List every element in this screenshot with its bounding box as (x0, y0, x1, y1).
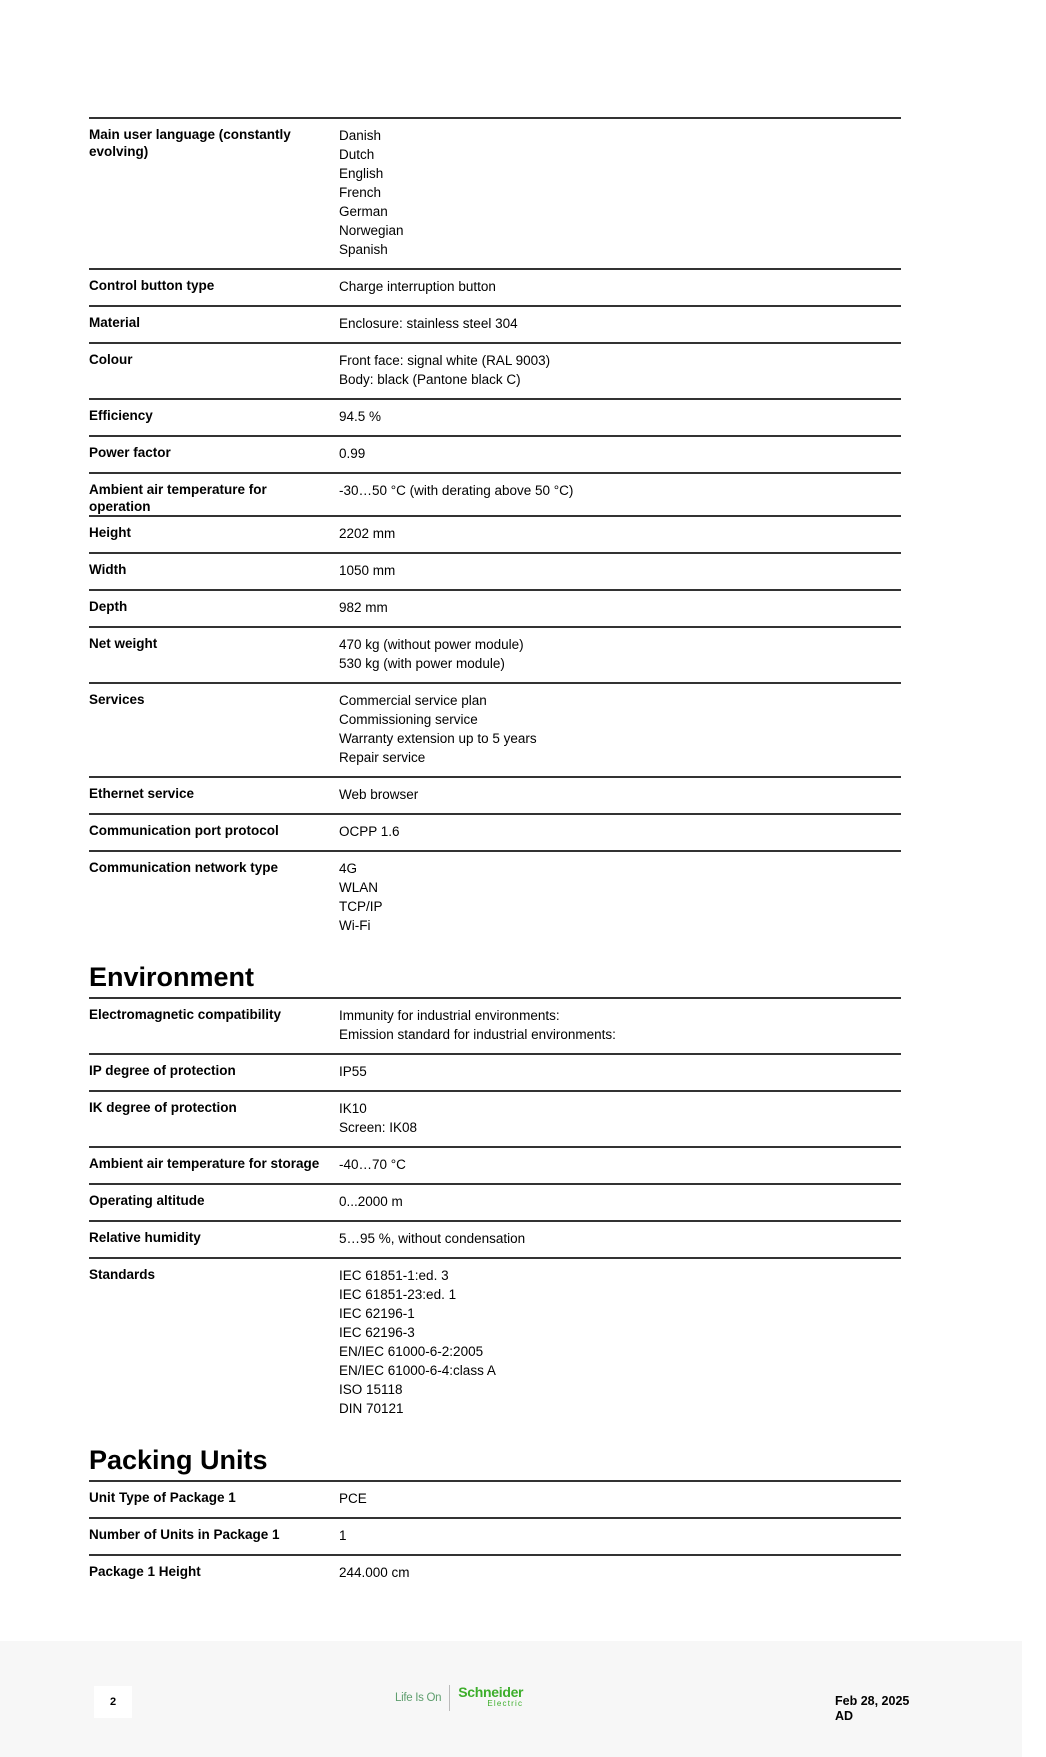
spec-value: 94.5 % (339, 407, 901, 426)
spec-value: IK10 (339, 1099, 901, 1118)
spec-value: 0.99 (339, 444, 901, 463)
spec-values: 244.000 cm (339, 1556, 901, 1591)
spec-value: -40…70 °C (339, 1155, 901, 1174)
spec-value: 1050 mm (339, 561, 901, 580)
spec-value: 982 mm (339, 598, 901, 617)
spec-value: Repair service (339, 748, 901, 767)
spec-value: IEC 62196-1 (339, 1304, 901, 1323)
spec-row: Communication port protocolOCPP 1.6 (89, 813, 901, 850)
logo-divider (449, 1685, 450, 1711)
spec-value: Emission standard for industrial environ… (339, 1025, 901, 1044)
spec-label: Package 1 Height (89, 1556, 339, 1591)
spec-value: 4G (339, 859, 901, 878)
spec-row: Package 1 Height244.000 cm (89, 1554, 901, 1591)
spec-row: Net weight470 kg (without power module)5… (89, 626, 901, 682)
brand-name: Schneider (458, 1686, 523, 1698)
spec-value: 1 (339, 1526, 901, 1545)
spec-values: -30…50 °C (with derating above 50 °C) (339, 474, 901, 515)
spec-values: Commercial service planCommissioning ser… (339, 684, 901, 776)
spec-values: Immunity for industrial environments:Emi… (339, 999, 901, 1053)
spec-label: Number of Units in Package 1 (89, 1519, 339, 1554)
spec-label: Communication network type (89, 852, 339, 944)
spec-value: ISO 15118 (339, 1380, 901, 1399)
spec-label: Power factor (89, 437, 339, 472)
spec-value: French (339, 183, 901, 202)
spec-values: -40…70 °C (339, 1148, 901, 1183)
brand-mark: Schneider Electric (458, 1686, 523, 1710)
spec-row: Height2202 mm (89, 515, 901, 552)
spec-values: Enclosure: stainless steel 304 (339, 307, 901, 342)
spec-label: Depth (89, 591, 339, 626)
spec-label: Standards (89, 1259, 339, 1427)
spec-label: IK degree of protection (89, 1092, 339, 1146)
spec-label: Ethernet service (89, 778, 339, 813)
spec-row: Power factor0.99 (89, 435, 901, 472)
spec-row: Relative humidity5…95 %, without condens… (89, 1220, 901, 1257)
spec-value: Screen: IK08 (339, 1118, 901, 1137)
date-text: Feb 28, 2025 (835, 1694, 909, 1709)
schneider-logo: Life Is On Schneider Electric (395, 1685, 523, 1711)
spec-label: Height (89, 517, 339, 552)
spec-value: 0...2000 m (339, 1192, 901, 1211)
spec-row: Electromagnetic compatibilityImmunity fo… (89, 997, 901, 1053)
spec-values: 4GWLANTCP/IPWi-Fi (339, 852, 901, 944)
spec-values: IEC 61851-1:ed. 3IEC 61851-23:ed. 1IEC 6… (339, 1259, 901, 1427)
spec-value: EN/IEC 61000-6-4:class A (339, 1361, 901, 1380)
spec-value: OCPP 1.6 (339, 822, 901, 841)
spec-value: 530 kg (with power module) (339, 654, 901, 673)
spec-label: Width (89, 554, 339, 589)
spec-row: IP degree of protectionIP55 (89, 1053, 901, 1090)
spec-value: WLAN (339, 878, 901, 897)
spec-label: Relative humidity (89, 1222, 339, 1257)
spec-row: IK degree of protectionIK10Screen: IK08 (89, 1090, 901, 1146)
spec-row: Operating altitude0...2000 m (89, 1183, 901, 1220)
spec-value: -30…50 °C (with derating above 50 °C) (339, 481, 901, 500)
spec-row: ServicesCommercial service planCommissio… (89, 682, 901, 776)
spec-value: TCP/IP (339, 897, 901, 916)
spec-row: Unit Type of Package 1PCE (89, 1480, 901, 1517)
spec-values: 2202 mm (339, 517, 901, 552)
page-footer: 2 Life Is On Schneider Electric Feb 28, … (0, 1641, 1022, 1757)
spec-values: Charge interruption button (339, 270, 901, 305)
spec-value: Web browser (339, 785, 901, 804)
spec-values: Web browser (339, 778, 901, 813)
brand-sub: Electric (458, 1698, 523, 1710)
spec-label: Electromagnetic compatibility (89, 999, 339, 1053)
spec-label: Ambient air temperature for storage (89, 1148, 339, 1183)
spec-value: IP55 (339, 1062, 901, 1081)
spec-value: IEC 62196-3 (339, 1323, 901, 1342)
spec-label: Communication port protocol (89, 815, 339, 850)
tagline: Life Is On (395, 1692, 441, 1704)
spec-value: EN/IEC 61000-6-2:2005 (339, 1342, 901, 1361)
spec-value: 470 kg (without power module) (339, 635, 901, 654)
spec-value: Front face: signal white (RAL 9003) (339, 351, 901, 370)
spec-value: Danish (339, 126, 901, 145)
spec-value: Commercial service plan (339, 691, 901, 710)
section-title: Environment (89, 960, 901, 994)
spec-values: 1 (339, 1519, 901, 1554)
spec-value: Dutch (339, 145, 901, 164)
spec-label: Services (89, 684, 339, 776)
section-title: Packing Units (89, 1443, 901, 1477)
spec-row: Communication network type4GWLANTCP/IPWi… (89, 850, 901, 944)
spec-values: DanishDutchEnglishFrenchGermanNorwegianS… (339, 119, 901, 268)
spec-values: 470 kg (without power module)530 kg (wit… (339, 628, 901, 682)
spec-value: Charge interruption button (339, 277, 901, 296)
spec-row: Ambient air temperature for operation-30… (89, 472, 901, 515)
spec-value: IEC 61851-23:ed. 1 (339, 1285, 901, 1304)
spec-values: 94.5 % (339, 400, 901, 435)
spec-value: Enclosure: stainless steel 304 (339, 314, 901, 333)
spec-label: Control button type (89, 270, 339, 305)
spec-label: IP degree of protection (89, 1055, 339, 1090)
date-sub: AD (835, 1709, 909, 1724)
spec-value: IEC 61851-1:ed. 3 (339, 1266, 901, 1285)
spec-row: ColourFront face: signal white (RAL 9003… (89, 342, 901, 398)
spec-row: Main user language (constantly evolving)… (89, 117, 901, 268)
spec-value: Norwegian (339, 221, 901, 240)
spec-values: 0...2000 m (339, 1185, 901, 1220)
spec-values: 1050 mm (339, 554, 901, 589)
spec-values: 5…95 %, without condensation (339, 1222, 901, 1257)
spec-value: 244.000 cm (339, 1563, 901, 1582)
spec-value: Wi-Fi (339, 916, 901, 935)
spec-label: Efficiency (89, 400, 339, 435)
spec-value: Commissioning service (339, 710, 901, 729)
spec-values: IK10Screen: IK08 (339, 1092, 901, 1146)
spec-row: Ambient air temperature for storage-40…7… (89, 1146, 901, 1183)
spec-values: PCE (339, 1482, 901, 1517)
spec-values: Front face: signal white (RAL 9003)Body:… (339, 344, 901, 398)
spec-values: 0.99 (339, 437, 901, 472)
spec-value: English (339, 164, 901, 183)
spec-row: Ethernet serviceWeb browser (89, 776, 901, 813)
spec-label: Operating altitude (89, 1185, 339, 1220)
spec-value: 2202 mm (339, 524, 901, 543)
spec-value: Immunity for industrial environments: (339, 1006, 901, 1025)
spec-row: Control button typeCharge interruption b… (89, 268, 901, 305)
spec-label: Colour (89, 344, 339, 398)
spec-label: Ambient air temperature for operation (89, 474, 339, 515)
spec-label: Main user language (constantly evolving) (89, 119, 339, 268)
spec-value: DIN 70121 (339, 1399, 901, 1418)
spec-row: Number of Units in Package 11 (89, 1517, 901, 1554)
spec-label: Unit Type of Package 1 (89, 1482, 339, 1517)
spec-values: OCPP 1.6 (339, 815, 901, 850)
spec-row: Depth982 mm (89, 589, 901, 626)
spec-value: PCE (339, 1489, 901, 1508)
spec-row: Width1050 mm (89, 552, 901, 589)
spec-row: Efficiency94.5 % (89, 398, 901, 435)
spec-value: Body: black (Pantone black C) (339, 370, 901, 389)
spec-value: Spanish (339, 240, 901, 259)
spec-value: German (339, 202, 901, 221)
print-date: Feb 28, 2025 AD (835, 1694, 909, 1724)
spec-values: 982 mm (339, 591, 901, 626)
spec-row: StandardsIEC 61851-1:ed. 3IEC 61851-23:e… (89, 1257, 901, 1427)
spec-label: Net weight (89, 628, 339, 682)
spec-row: MaterialEnclosure: stainless steel 304 (89, 305, 901, 342)
page-number: 2 (94, 1686, 132, 1718)
spec-value: Warranty extension up to 5 years (339, 729, 901, 748)
spec-content: Main user language (constantly evolving)… (89, 117, 901, 1591)
spec-label: Material (89, 307, 339, 342)
spec-values: IP55 (339, 1055, 901, 1090)
spec-value: 5…95 %, without condensation (339, 1229, 901, 1248)
